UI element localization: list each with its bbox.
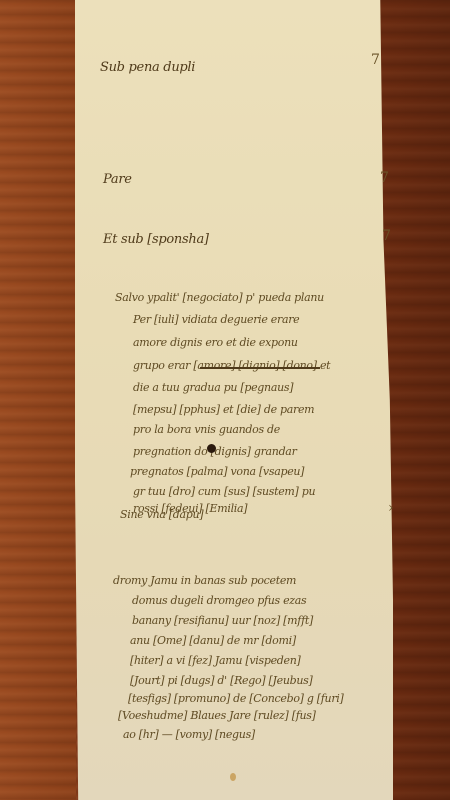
paragraph-1-line-9: pregnatos [palma] vona [vsapeu] <box>130 465 304 478</box>
paragraph-1-line-10: gr tuu [dro] cum [sus] [sustem] pu <box>133 485 315 498</box>
strike-through <box>200 367 320 369</box>
margin-mark-3: 7 <box>382 228 391 244</box>
worm-hole <box>207 444 216 453</box>
paragraph-1-line-7: pro la bora vnis guandos de <box>133 423 280 436</box>
paragraph-1-line-1: Salvo ypalit' [negociato] p' pueda planu <box>115 291 324 304</box>
margin-mark-1: 7 <box>371 52 380 68</box>
margin-mark-4: › <box>388 500 394 516</box>
paragraph-2-line-6: [Jourt] pi [dugs] d' [Rego] [Jeubus] <box>130 674 312 687</box>
heading-et-sub: Et sub [sponsha] <box>103 232 209 247</box>
heading-pare: Pare <box>103 172 132 187</box>
wooden-table-left <box>0 0 76 800</box>
paragraph-2-line-9: ao [hr] — [vomy] [negus] <box>123 728 255 741</box>
paragraph-2-line-2: domus dugeli dromgeo pfus ezas <box>132 594 306 607</box>
paragraph-2-line-7: [tesfigs] [promuno] de [Concebo] g [furi… <box>128 692 344 705</box>
paragraph-2-line-5: [hiter] a vi [fez] Jamu [vispeden] <box>130 654 301 667</box>
paragraph-1-line-2: Per [iuli] vidiata deguerie erare <box>133 313 299 326</box>
paragraph-2-line-1: dromy Jamu in banas sub pocetem <box>113 574 296 587</box>
paragraph-2-line-4: anu [Ome] [danu] de mr [domi] <box>130 634 296 647</box>
paragraph-1-line-4: grupo erar [amore] [dignio] [dono] et <box>133 359 330 372</box>
heading-sub-pena-dupli: Sub pena dupli <box>100 60 195 75</box>
ink-stain <box>230 773 236 781</box>
paragraph-1-line-6: [mepsu] [pphus] et [die] de parem <box>133 403 314 416</box>
paragraph-2-line-3: banany [resifianu] uur [noz] [mfft] <box>132 614 313 627</box>
paragraph-2-line-8: [Voeshudme] Blaues Jare [rulez] [fus] <box>118 709 316 722</box>
paragraph-1-line-5: die a tuu gradua pu [pegnaus] <box>133 381 293 394</box>
paragraph-1-line-3: amore dignis ero et die exponu <box>133 336 298 349</box>
margin-mark-2: 7 <box>380 170 389 186</box>
paragraph-1-closing: Sine vna [dapu] <box>120 508 203 521</box>
